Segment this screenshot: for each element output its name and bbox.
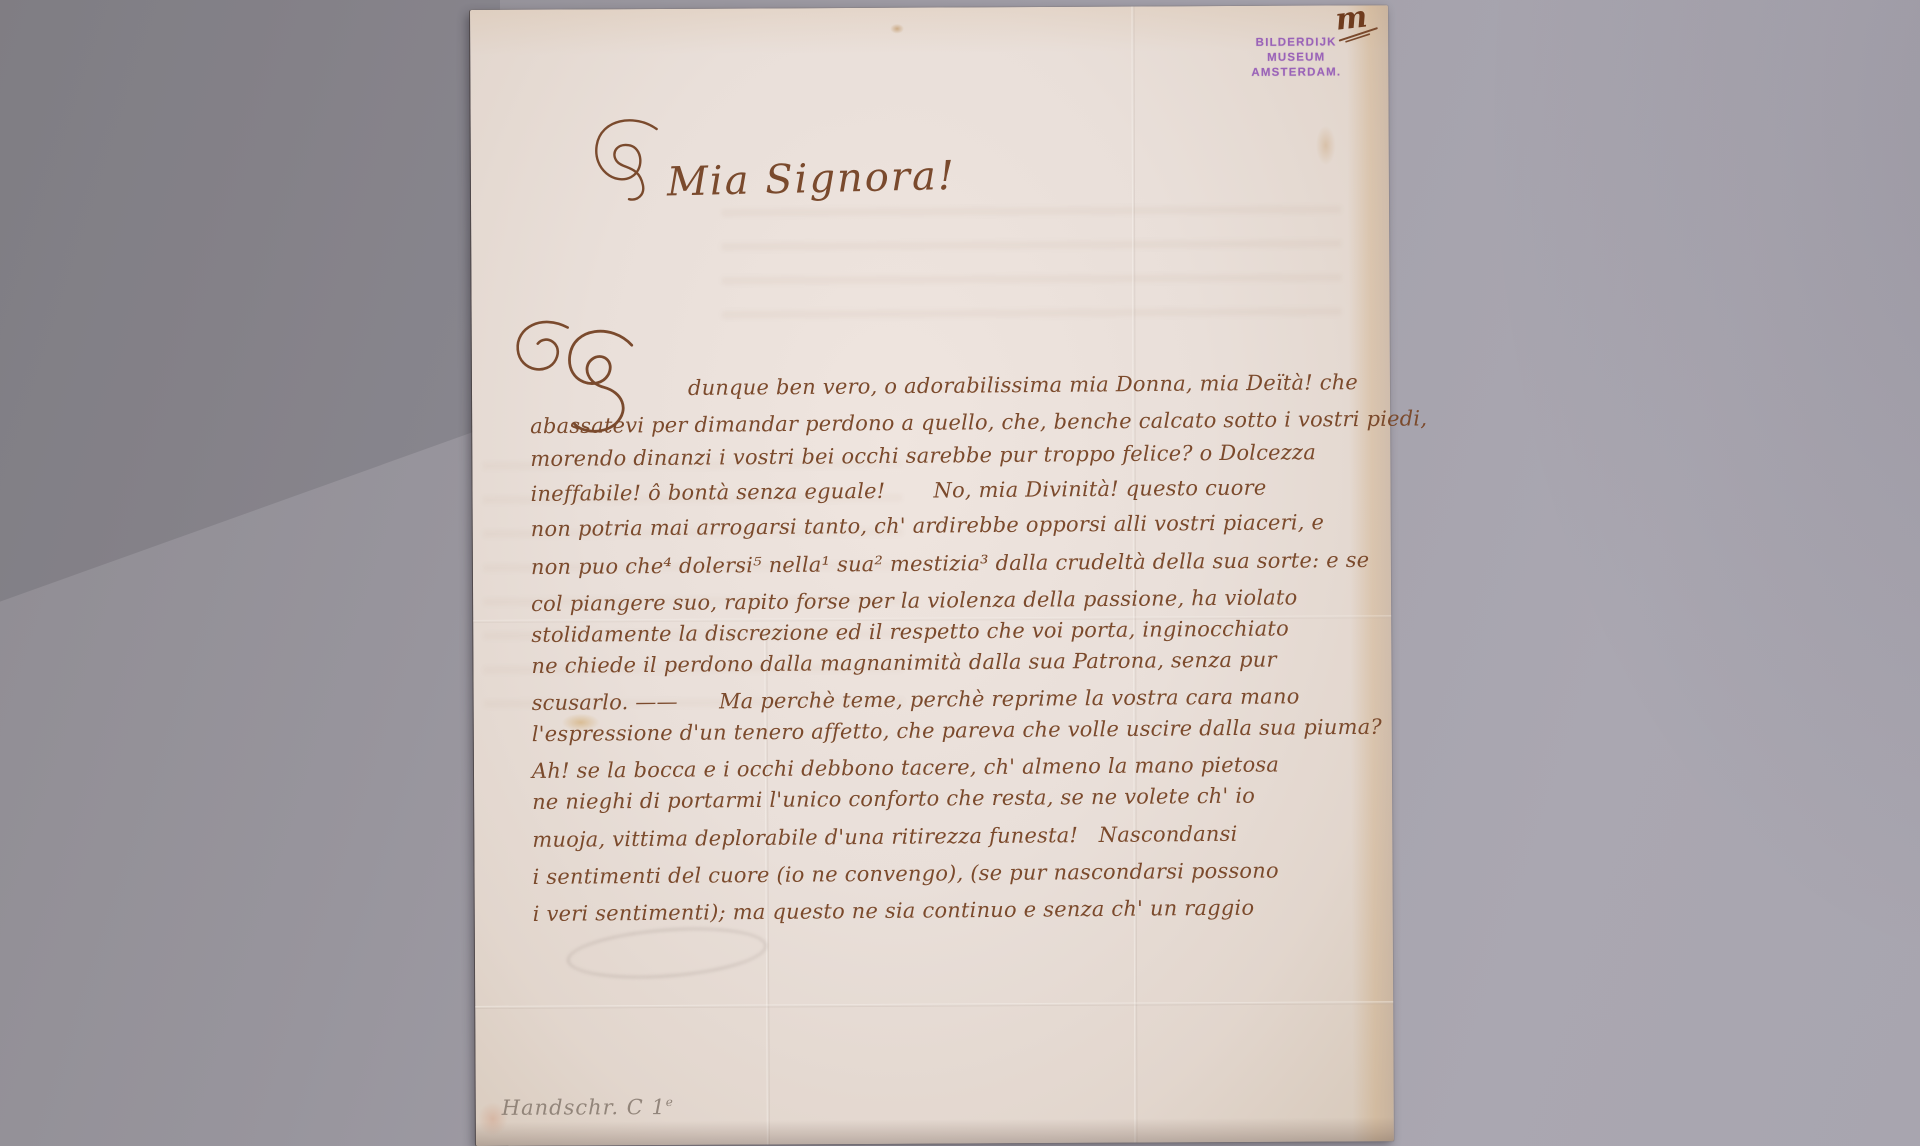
body-line: Ah! se la bocca e i occhi debbono tacere… xyxy=(532,752,1279,783)
fold-crease-horizontal xyxy=(475,1001,1393,1009)
fold-crease-vertical xyxy=(1131,7,1137,1143)
stamp-line-1: BILDERDIJK xyxy=(1240,35,1352,51)
pencil-ghost-oval xyxy=(565,922,768,985)
archive-notation: Handschr. C 1e xyxy=(502,1095,674,1120)
body-line: ne nieghi di portarmi l'unico conforto c… xyxy=(532,784,1255,814)
stamp-line-2: MUSEUM xyxy=(1240,50,1352,66)
body-line: i veri sentimenti); ma questo ne sia con… xyxy=(533,896,1255,926)
body-line: dunque ben vero, o adorabilissima mia Do… xyxy=(688,370,1358,400)
paper-stain xyxy=(890,24,904,34)
body-line: abassatevi per dimandar perdono a quello… xyxy=(530,406,1427,438)
salutation-row: Mia Signora! xyxy=(587,113,956,203)
body-line: ineffabile! ô bontà senza eguale! No, mi… xyxy=(530,476,1266,506)
corner-ink-mark: m xyxy=(1334,3,1382,44)
museum-stamp: BILDERDIJK MUSEUM AMSTERDAM. xyxy=(1240,35,1352,81)
bottom-fold-shadow xyxy=(476,1117,1394,1146)
salutation-text: Mia Signora! xyxy=(666,153,956,206)
letter-paper: BILDERDIJK MUSEUM AMSTERDAM. m Mia Signo… xyxy=(470,5,1394,1146)
background-shadow-wedge xyxy=(0,0,500,640)
body-line: i sentimenti del cuore (io ne convengo),… xyxy=(532,858,1278,889)
body-line: ne chiede il perdono dalla magnanimità d… xyxy=(531,647,1276,678)
archive-notation-superscript: e xyxy=(666,1095,674,1109)
stamp-line-3: AMSTERDAM. xyxy=(1240,65,1352,81)
body-line: muoja, vittima deplorabile d'una ritirez… xyxy=(532,822,1237,852)
ink-showthrough xyxy=(721,183,1342,326)
salutation-flourish-icon xyxy=(587,115,667,203)
background-vignette xyxy=(1380,0,1920,1146)
archive-notation-text: Handschr. C 1 xyxy=(502,1095,666,1120)
paper-stain xyxy=(1316,125,1336,165)
